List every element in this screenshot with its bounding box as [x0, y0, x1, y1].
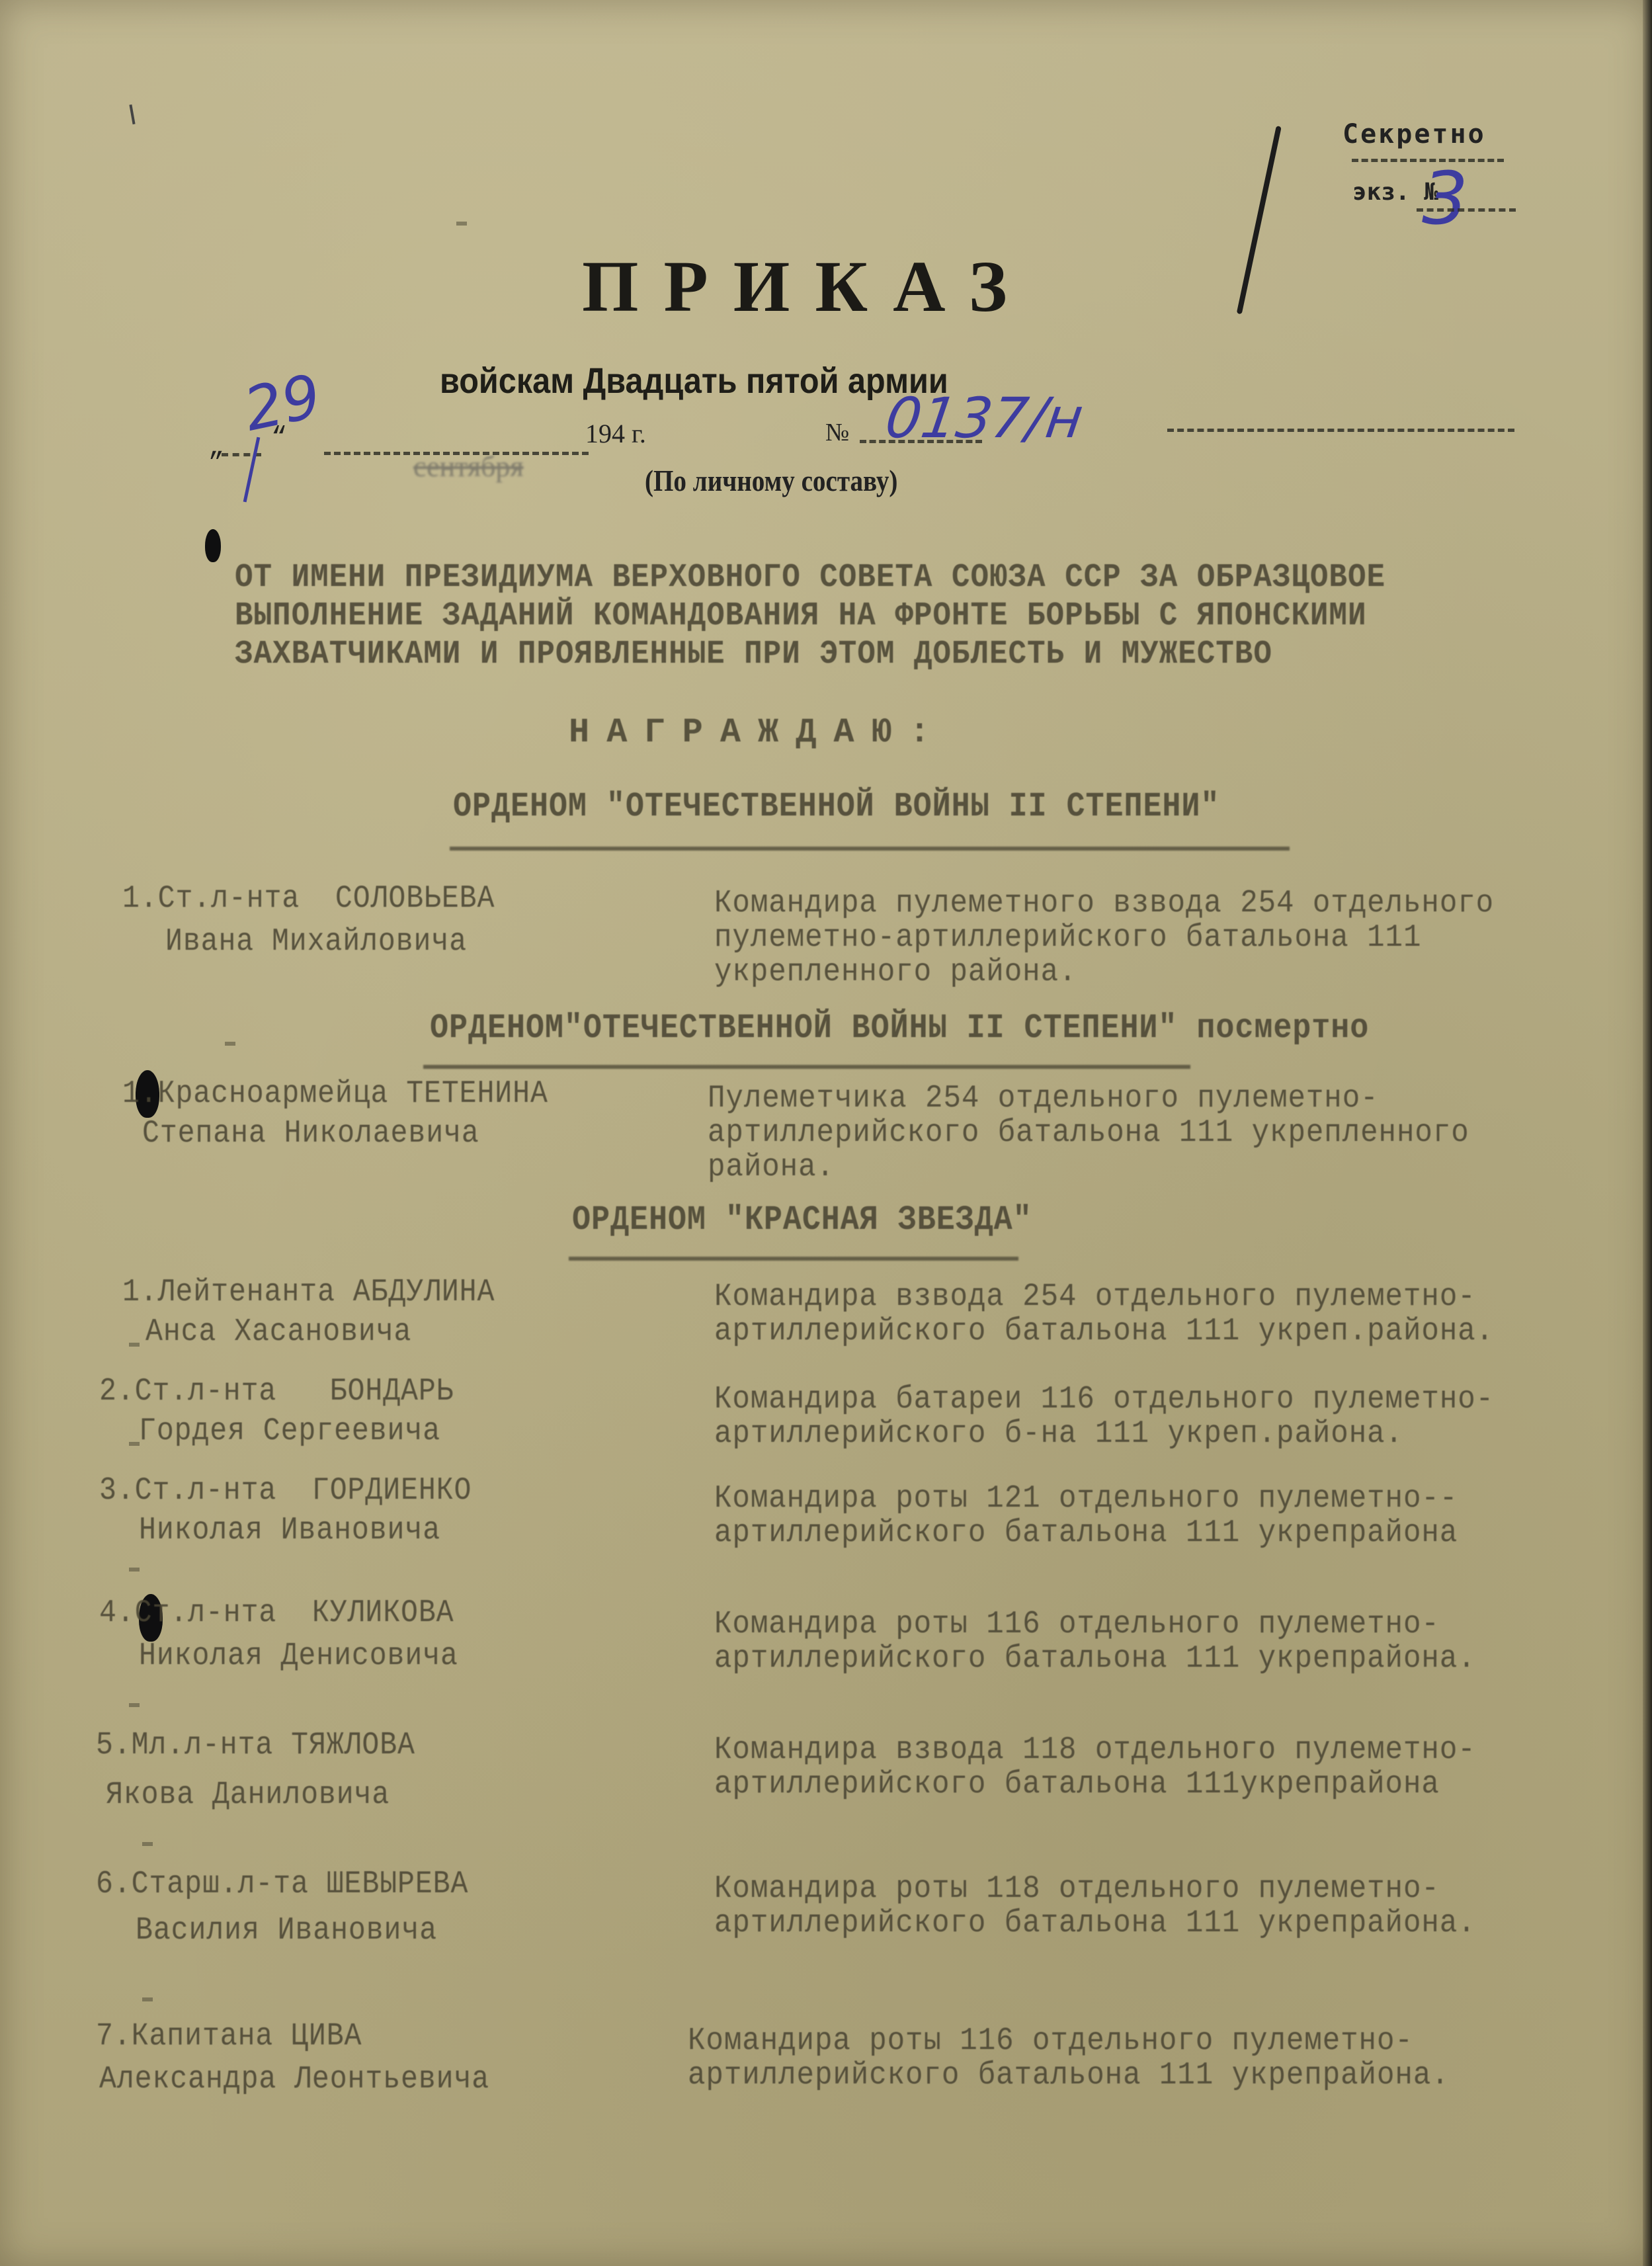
entry-rank-surname: 1.Лейтенанта АБДУЛИНА: [122, 1273, 495, 1312]
paper-speck: [456, 222, 467, 226]
date-quote-open: „: [208, 433, 224, 463]
entry-given-names: Николая Денисовича: [139, 1637, 458, 1675]
section-heading-order-patriotic-war-2: ОРДЕНОМ "ОТЕЧЕСТВЕННОЙ ВОЙНЫ II СТЕПЕНИ": [453, 787, 1219, 826]
margin-dash: [225, 1042, 235, 1046]
document-subtitle: войскам Двадцать пятой армии: [440, 360, 948, 401]
corner-tick-mark: [129, 105, 135, 124]
entry-description: Командира взвода 254 отдельного пулеметн…: [714, 1280, 1578, 1349]
entry-rank-surname: 5.Мл.л-нта ТЯЖЛОВА: [96, 1726, 415, 1765]
section-heading-order-red-star: ОРДЕНОМ "КРАСНАЯ ЗВЕЗДА": [572, 1200, 1032, 1239]
entry-description: Командира роты 116 отдельного пулеметно-…: [714, 1607, 1578, 1676]
entry-description: Командира роты 118 отдельного пулеметно-…: [714, 1872, 1578, 1941]
classification-stamp: Секретно: [1342, 119, 1486, 149]
order-category: (По личному составу): [645, 463, 897, 498]
entry-description: Командира роты 121 отдельного пулеметно-…: [714, 1482, 1578, 1550]
entry-description: Командира взвода 118 отдельного пулеметн…: [714, 1733, 1578, 1802]
section-divider: [450, 847, 1290, 851]
punch-hole: [205, 529, 221, 562]
copy-number-line: [1417, 208, 1516, 212]
month-typed-crossed: сентября: [413, 450, 524, 483]
entry-given-names: Николая Ивановича: [139, 1511, 440, 1550]
document-page: Секретно экз. № 3 ПРИКАЗ войскам Двадцат…: [0, 0, 1652, 2266]
entry-rank-surname: 3.Ст.л-нта ГОРДИЕНКО: [99, 1472, 472, 1510]
section-divider: [569, 1257, 1018, 1261]
date-quote-close: “: [271, 423, 287, 453]
entry-rank-surname: 2.Ст.л-нта БОНДАРЬ: [99, 1372, 454, 1411]
award-verb: НАГРАЖДАЮ:: [569, 713, 947, 752]
entry-description: Командира батареи 116 отдельного пулемет…: [714, 1382, 1578, 1451]
margin-dash: [142, 1842, 153, 1846]
entry-description: Командира пулеметного взвода 254 отдельн…: [714, 886, 1578, 989]
header-right-line: [1167, 429, 1514, 432]
entry-rank-surname: 7.Капитана ЦИВА: [96, 2017, 362, 2056]
preamble-text: От имени Президиума Верховного Совета Со…: [235, 559, 1488, 674]
entry-rank-surname: 1.Красноармейца ТЕТЕНИНА: [122, 1075, 548, 1113]
document-title: ПРИКАЗ: [582, 245, 1032, 329]
entry-rank-surname: 4.Ст.л-нта КУЛИКОВА: [99, 1594, 454, 1632]
year-typed: 194 г.: [585, 418, 646, 449]
entry-given-names: Якова Даниловича: [106, 1776, 390, 1814]
margin-dash: [129, 1703, 140, 1707]
entry-given-names: Ивана Михайловича: [165, 923, 467, 961]
section-divider: [423, 1065, 1190, 1069]
entry-given-names: Александра Леонтьевича: [99, 2060, 489, 2099]
entry-given-names: Василия Ивановича: [136, 1911, 437, 1950]
order-number-handwritten: 0137/н: [882, 390, 1087, 446]
margin-dash: [129, 1442, 140, 1446]
handwritten-slash-mark: [1237, 126, 1282, 314]
entry-rank-surname: 6.Старш.л-та ШЕВЫРЕВА: [96, 1865, 468, 1904]
margin-dash: [129, 1568, 140, 1572]
entry-rank-surname: 1.Ст.л-нта СОЛОВЬЕВА: [122, 880, 495, 918]
entry-given-names: Гордея Сергеевича: [139, 1412, 440, 1450]
number-sign: №: [825, 418, 849, 447]
entry-description: Пулеметчика 254 отдельного пулеметно-арт…: [708, 1081, 1571, 1185]
margin-dash: [129, 1343, 140, 1347]
entry-given-names: Степана Николаевича: [142, 1114, 479, 1153]
copy-number-handwritten: 3: [1422, 162, 1468, 235]
entry-description: Командира роты 116 отдельного пулеметно-…: [688, 2024, 1551, 2093]
day-ink-stroke: [243, 437, 261, 503]
margin-dash: [142, 1997, 153, 2001]
entry-given-names: Анса Хасановича: [145, 1313, 411, 1351]
section-heading-order-patriotic-war-2-posthumous: ОРДЕНОМ"ОТЕЧЕСТВЕННОЙ ВОЙНЫ II СТЕПЕНИ" …: [430, 1009, 1369, 1048]
